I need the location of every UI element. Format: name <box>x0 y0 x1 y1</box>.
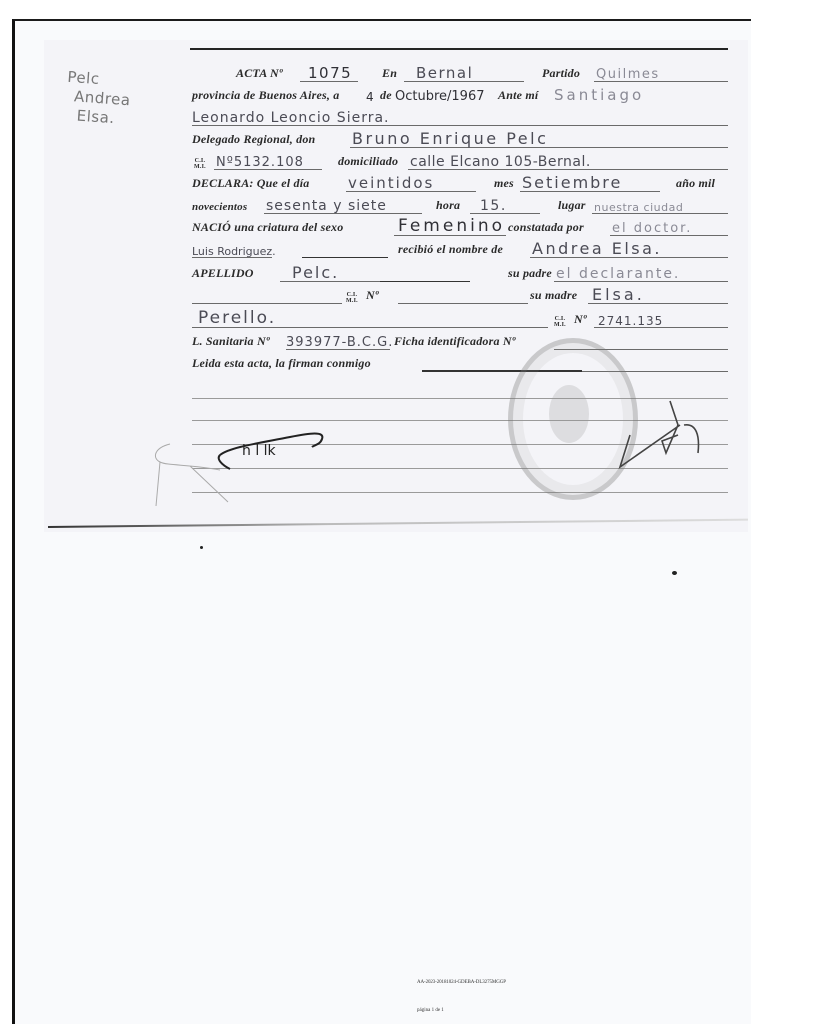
row-ante-continued: Leonardo Leoncio Sierra. <box>190 106 738 128</box>
scan-speck <box>672 571 677 575</box>
ante-label: Ante mí <box>498 88 538 103</box>
acta-label: ACTA Nº <box>236 66 283 81</box>
padre-ci-mi-label: C.I.M.I. <box>346 292 358 304</box>
madre-value: Elsa. <box>592 285 645 304</box>
row-declara: DECLARA: Que el día veintidos mes Setiem… <box>190 172 738 194</box>
margin-second-name: Elsa. <box>76 107 130 130</box>
ficha-label: Ficha identificadora Nº <box>394 334 516 349</box>
document-number: Nº5132.108 <box>216 155 304 170</box>
row-apellido: APELLIDO Pelc. su padre el declarante. <box>190 262 738 284</box>
apellido-label: APELLIDO <box>192 266 254 281</box>
row-delegado: Delegado Regional, don Bruno Enrique Pel… <box>190 128 738 150</box>
mes-value: Setiembre <box>522 173 622 192</box>
row-provincia: provincia de Buenos Aires, a 4 de Octubr… <box>190 84 738 106</box>
ano-label: año mil <box>676 176 715 191</box>
partido-value: Quilmes <box>596 67 660 82</box>
mes-label: mes <box>494 176 514 191</box>
margin-annotation: Pelc Andrea Elsa. <box>64 68 132 129</box>
row-recibio: Luis Rodriguez. recibió el nombre de And… <box>190 238 738 260</box>
row-padre-documento: C.I.M.I. Nº su madre Elsa. <box>190 284 738 306</box>
page-number: página 1 de 1 <box>417 1008 444 1013</box>
de-label: de <box>380 88 392 103</box>
row-acta: ACTA Nº 1075 En Bernal Partido Quilmes <box>190 62 738 84</box>
scan-speck <box>200 546 203 549</box>
domicilio-label: domiciliado <box>338 154 398 169</box>
nacio-label: NACIÓ una criatura del sexo <box>192 220 343 235</box>
partido-label: Partido <box>542 66 580 81</box>
lugar-label: lugar <box>558 198 586 213</box>
constatada-value: el doctor. <box>612 221 692 236</box>
row-sanitaria: L. Sanitaria Nº 393977-B.C.G. Ficha iden… <box>190 330 738 352</box>
en-label: En <box>382 66 397 81</box>
top-rule <box>190 48 728 50</box>
row-leida: Leida esta acta, la firman conmigo <box>190 352 738 374</box>
declara-label: DECLARA: Que el día <box>192 176 309 191</box>
acta-number: 1075 <box>308 64 352 82</box>
padre-value: el declarante. <box>556 266 680 282</box>
delegado-label: Delegado Regional, don <box>192 132 315 147</box>
ante-value: Santiago <box>554 86 644 104</box>
en-value: Bernal <box>416 64 473 82</box>
apellido-value: Pelc. <box>292 263 339 282</box>
year-value: sesenta y siete <box>266 198 387 214</box>
madre-surname-value: Perello. <box>198 308 276 328</box>
padre-doc-label: Nº <box>366 288 379 303</box>
sanitaria-value: 393977-B.C.G. <box>286 335 393 350</box>
hora-label: hora <box>436 198 460 213</box>
birth-day-value: veintidos <box>348 174 434 192</box>
delegado-value: Bruno Enrique Pelc <box>352 129 548 148</box>
fecha-value: Octubre/1967 <box>395 89 485 104</box>
constatada-label: constatada por <box>508 220 584 235</box>
recibio-label: recibió el nombre de <box>398 242 503 257</box>
row-documento: C.I.M.I. Nº5132.108 domiciliado calle El… <box>190 150 738 172</box>
lugar-value: nuestra ciudad <box>594 201 683 214</box>
padre-label: su padre <box>508 266 552 281</box>
document-code: AA-2023-20181024-GDEBA-DL3275MGGP <box>417 980 506 985</box>
madre-ci-mi-label: C.I.M.I. <box>554 316 566 328</box>
provincia-label: provincia de Buenos Aires, a <box>192 88 340 103</box>
officer-signature <box>600 395 720 475</box>
row-nacio: NACIÓ una criatura del sexo Femenino con… <box>190 216 738 238</box>
madre-doc-label: Nº <box>574 312 587 327</box>
ante-value-continued: Leonardo Leoncio Sierra. <box>192 110 390 126</box>
row-madre-documento: Perello. C.I.M.I. Nº 2741.135 <box>190 308 738 330</box>
leida-label: Leida esta acta, la firman conmigo <box>192 356 371 371</box>
sexo-value: Femenino <box>398 216 505 236</box>
hora-value: 15. <box>480 198 507 214</box>
domicilio-value: calle Elcano 105-Bernal. <box>410 154 591 170</box>
dia-value: 4 <box>366 90 375 104</box>
nombre-value: Andrea Elsa. <box>532 239 662 258</box>
novecientos-label: novecientos <box>192 201 247 213</box>
ci-mi-label: C.I.M.I. <box>194 158 206 170</box>
faint-signature-mark <box>150 440 270 510</box>
row-novecientos: novecientos sesenta y siete hora 15. lug… <box>190 194 738 216</box>
sanitaria-label: L. Sanitaria Nº <box>192 334 270 349</box>
madre-doc-value: 2741.135 <box>598 314 663 328</box>
madre-label: su madre <box>530 288 577 303</box>
